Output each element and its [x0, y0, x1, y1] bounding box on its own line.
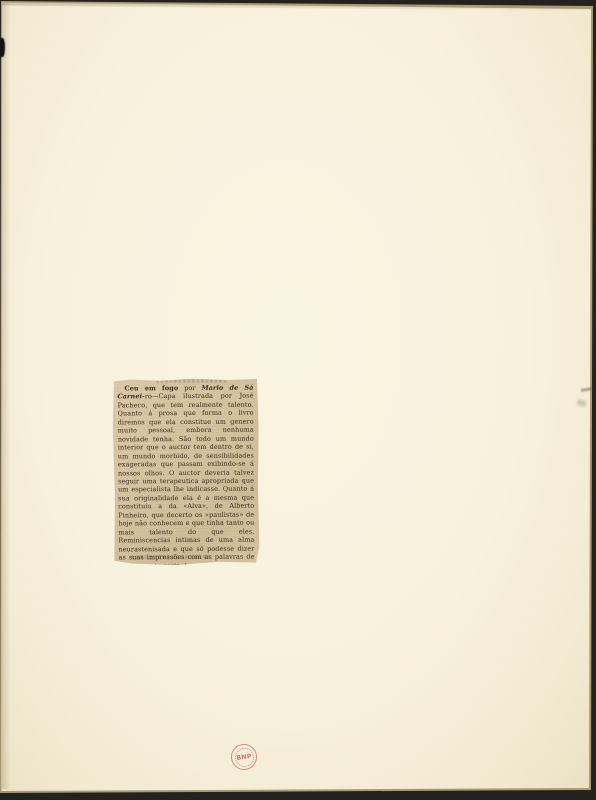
page-left-binding-shadow	[2, 3, 14, 789]
bnp-stamp-label: BNP	[236, 752, 252, 761]
clipping-title-connector: por	[178, 384, 201, 392]
scanned-album-page: Ceu em fogo por Mario de Sá Carnei-ro—Ca…	[0, 0, 596, 800]
album-page	[0, 0, 596, 800]
clipping-text-column: Ceu em fogo por Mario de Sá Carnei-ro—Ca…	[117, 384, 254, 566]
bnp-stamp-inner-ring: BNP	[233, 746, 254, 767]
newspaper-clipping: Ceu em fogo por Mario de Sá Carnei-ro—Ca…	[112, 378, 259, 566]
clipping-title-bold: Ceu em fogo	[124, 384, 178, 392]
clipping-body-text: ro—Capa ilustrada por José Pacheco, que …	[118, 392, 255, 565]
clipping-paragraph: Ceu em fogo por Mario de Sá Carnei-ro—Ca…	[117, 384, 254, 566]
left-edge-dark-nick	[0, 38, 5, 57]
